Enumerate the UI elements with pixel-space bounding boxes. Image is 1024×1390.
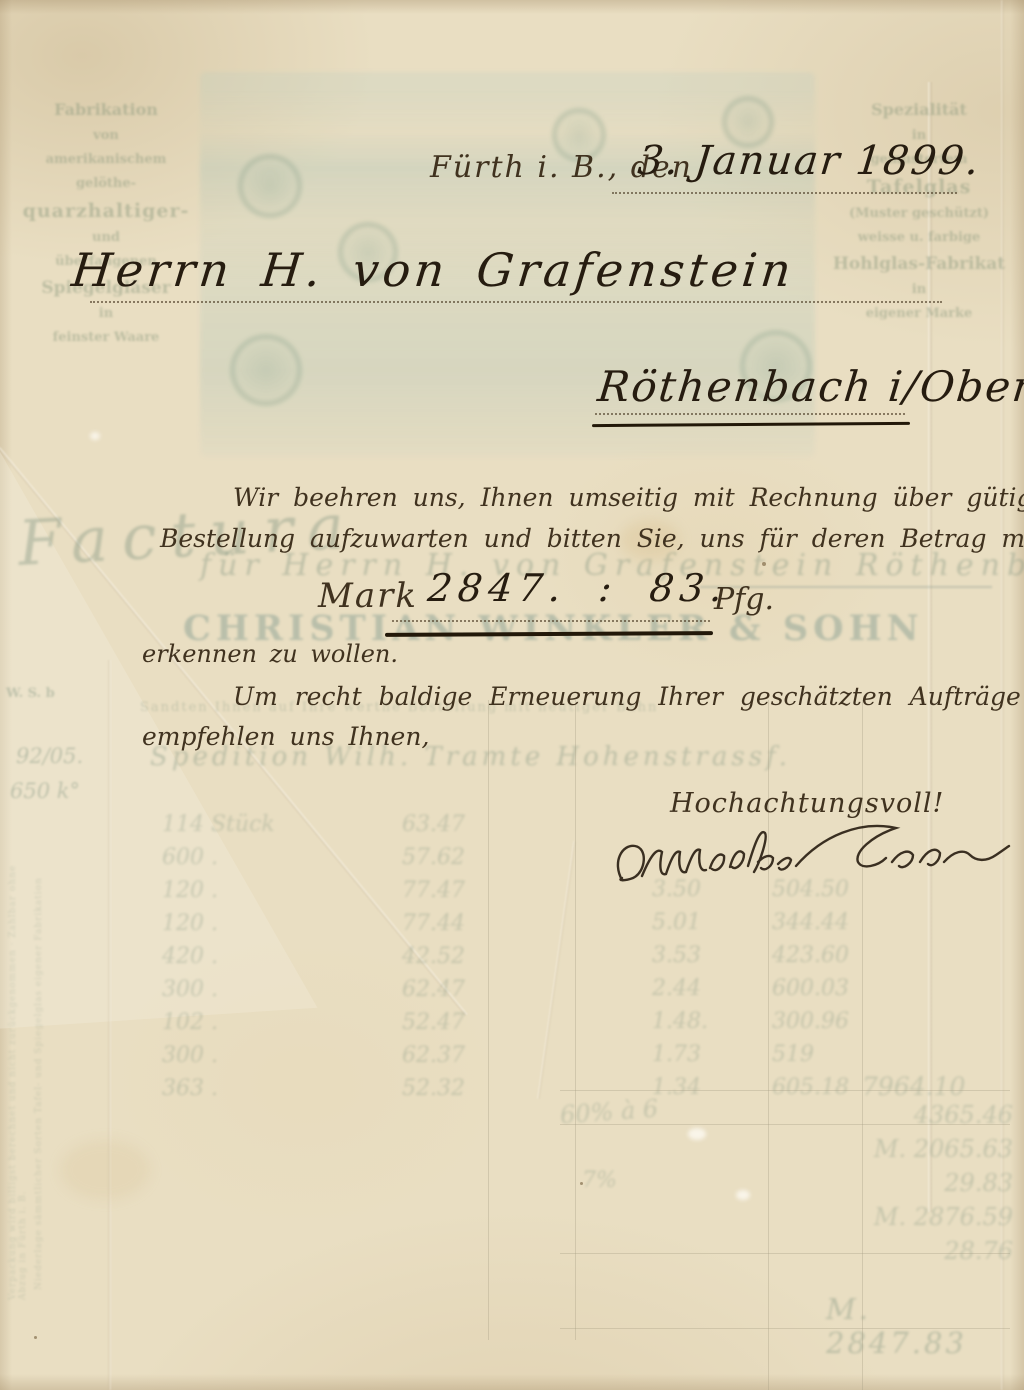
ghost-invoice-rows-right: 3.50504.50 5.01344.44 3.53423.60 2.44600… <box>652 877 849 1108</box>
amount-currency-label: Mark <box>318 576 418 616</box>
ghost-letterhead-left-column: Fabrikation von amerikanischem gelöthe- … <box>22 96 190 350</box>
ghost-grid-line <box>560 1253 1010 1254</box>
city-underline <box>592 422 910 427</box>
signature-scrawl <box>608 818 1013 908</box>
body-paragraph1-line1: Wir beehren uns, Ihnen umseitig mit Rech… <box>233 483 1024 512</box>
dotted-line <box>90 301 942 303</box>
ghost-margin-note: W. S. b <box>6 686 55 701</box>
ghost-grid-line <box>575 700 576 1340</box>
ghost-vertical-margin-text: Niederlage sämmtlicher Sorten Tafel- und… <box>34 840 44 1290</box>
ghost-table-row: 420 .42.52 <box>162 944 465 977</box>
ghost-grand-total: M. 2847.83 <box>826 1292 1024 1360</box>
amount-unit-label: Pfg. <box>714 582 774 617</box>
ghost-grid-line <box>560 1328 1010 1329</box>
ghost-table-row: 1.73519 <box>652 1042 849 1075</box>
letter-sheet: Fabrikation von amerikanischem gelöthe- … <box>0 0 1024 1390</box>
body-paragraph3-line2: empfehlen uns Ihnen, <box>142 722 429 751</box>
ghost-letterhead-right-column: Spezialität in gemustertem Tafelglas (Mu… <box>826 96 1012 326</box>
ghost-grid-line <box>560 1124 1010 1125</box>
ghost-table-row: 114 Stück63.47 <box>162 812 465 845</box>
ghost-totals-column: 4365.46 M. 2065.63 29.83 M. 2876.59 28.7… <box>788 1098 1013 1268</box>
vertical-crease <box>108 660 111 1390</box>
ghost-total-line: 4365.46 <box>788 1098 1013 1132</box>
ghost-table-row: 1.48.300.96 <box>652 1009 849 1042</box>
ghost-table-row: 1.34605.18 <box>652 1075 849 1108</box>
ghost-grid-line <box>560 1090 1010 1091</box>
paper-spot <box>90 432 100 440</box>
closing-salutation: Hochachtungsvoll! <box>670 788 944 819</box>
ghost-side-total: 7964.10 <box>862 1072 965 1101</box>
addressee-name: Herrn H. von Grafenstein <box>69 243 797 297</box>
ghost-total-line: 28.76 <box>788 1234 1013 1268</box>
ghost-table-row: 120 .77.44 <box>162 911 465 944</box>
amount-handwritten-value: 2847. : 83. <box>426 566 731 610</box>
paper-speck <box>762 562 766 566</box>
paper-speck <box>34 1336 37 1339</box>
ghost-percent-note: 7% <box>582 1168 617 1193</box>
ghost-table-row: 600 .57.62 <box>162 845 465 878</box>
paper-speck <box>580 1182 583 1185</box>
ghost-table-row: 102 .52.47 <box>162 1010 465 1043</box>
addressee-city: Röthenbach i/Oberpf. <box>595 362 1024 411</box>
ghost-vertical-margin-text: Verpackung wird billigst berechnet und n… <box>8 830 28 1300</box>
dateline-handwritten-date: 3. Januar 1899. <box>636 138 983 184</box>
ghost-table-row: 3.53423.60 <box>652 943 849 976</box>
ghost-table-row: 120 .77.47 <box>162 878 465 911</box>
ghost-margin-note: 92/05. <box>16 744 83 768</box>
wrinkle <box>537 841 576 1099</box>
ghost-discount-note: 60% à 6 <box>559 1095 659 1130</box>
body-paragraph2: erkennen zu wollen. <box>142 640 398 668</box>
ghost-table-row: 2.44600.03 <box>652 976 849 1009</box>
dotted-line <box>392 620 710 622</box>
ghost-medallion <box>230 334 302 406</box>
dotted-line <box>612 192 957 194</box>
ghost-grid-line <box>488 700 489 1340</box>
ghost-table-row: 300 .62.37 <box>162 1043 465 1076</box>
paper-spot <box>736 1190 750 1200</box>
ghost-total-line: M. 2876.59 <box>788 1200 1013 1234</box>
paper-stain <box>60 1140 150 1200</box>
ghost-table-row: 5.01344.44 <box>652 910 849 943</box>
amount-underline <box>385 631 713 637</box>
ghost-table-row: 363 .52.32 <box>162 1076 465 1109</box>
body-paragraph3-line1: Um recht baldige Erneuerung Ihrer geschä… <box>233 682 1024 711</box>
ghost-invoice-rows-left: 114 Stück63.47 600 .57.62 120 .77.47 120… <box>162 812 465 1109</box>
ghost-margin-note: 650 k° <box>10 779 80 803</box>
ghost-total-line: M. 2065.63 <box>788 1132 1013 1166</box>
dotted-line <box>595 413 905 415</box>
paper-spot <box>688 1128 706 1140</box>
ghost-medallion <box>238 154 302 218</box>
ghost-total-line: 29.83 <box>788 1166 1013 1200</box>
ghost-table-row: 300 .62.47 <box>162 977 465 1010</box>
body-paragraph1-line2: Bestellung aufzuwarten und bitten Sie, u… <box>160 524 1024 553</box>
vertical-crease <box>928 82 932 1212</box>
